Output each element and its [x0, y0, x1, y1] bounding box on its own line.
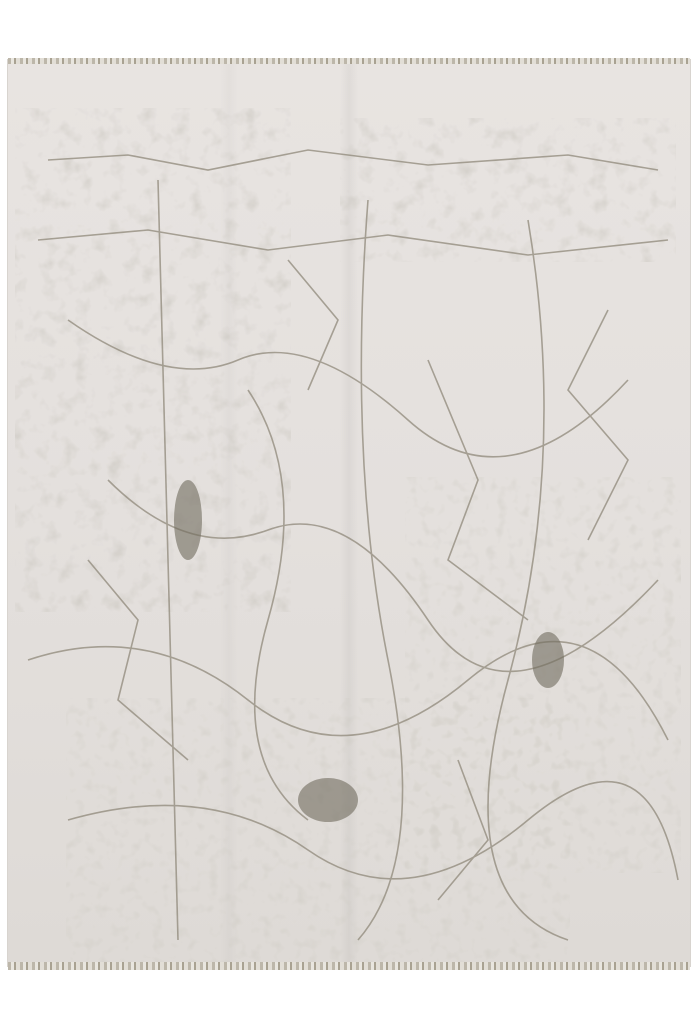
- rug-abstract-pattern: [8, 60, 690, 966]
- rug-fringe-bottom: [8, 962, 690, 970]
- rug-fringe-top: [8, 58, 690, 64]
